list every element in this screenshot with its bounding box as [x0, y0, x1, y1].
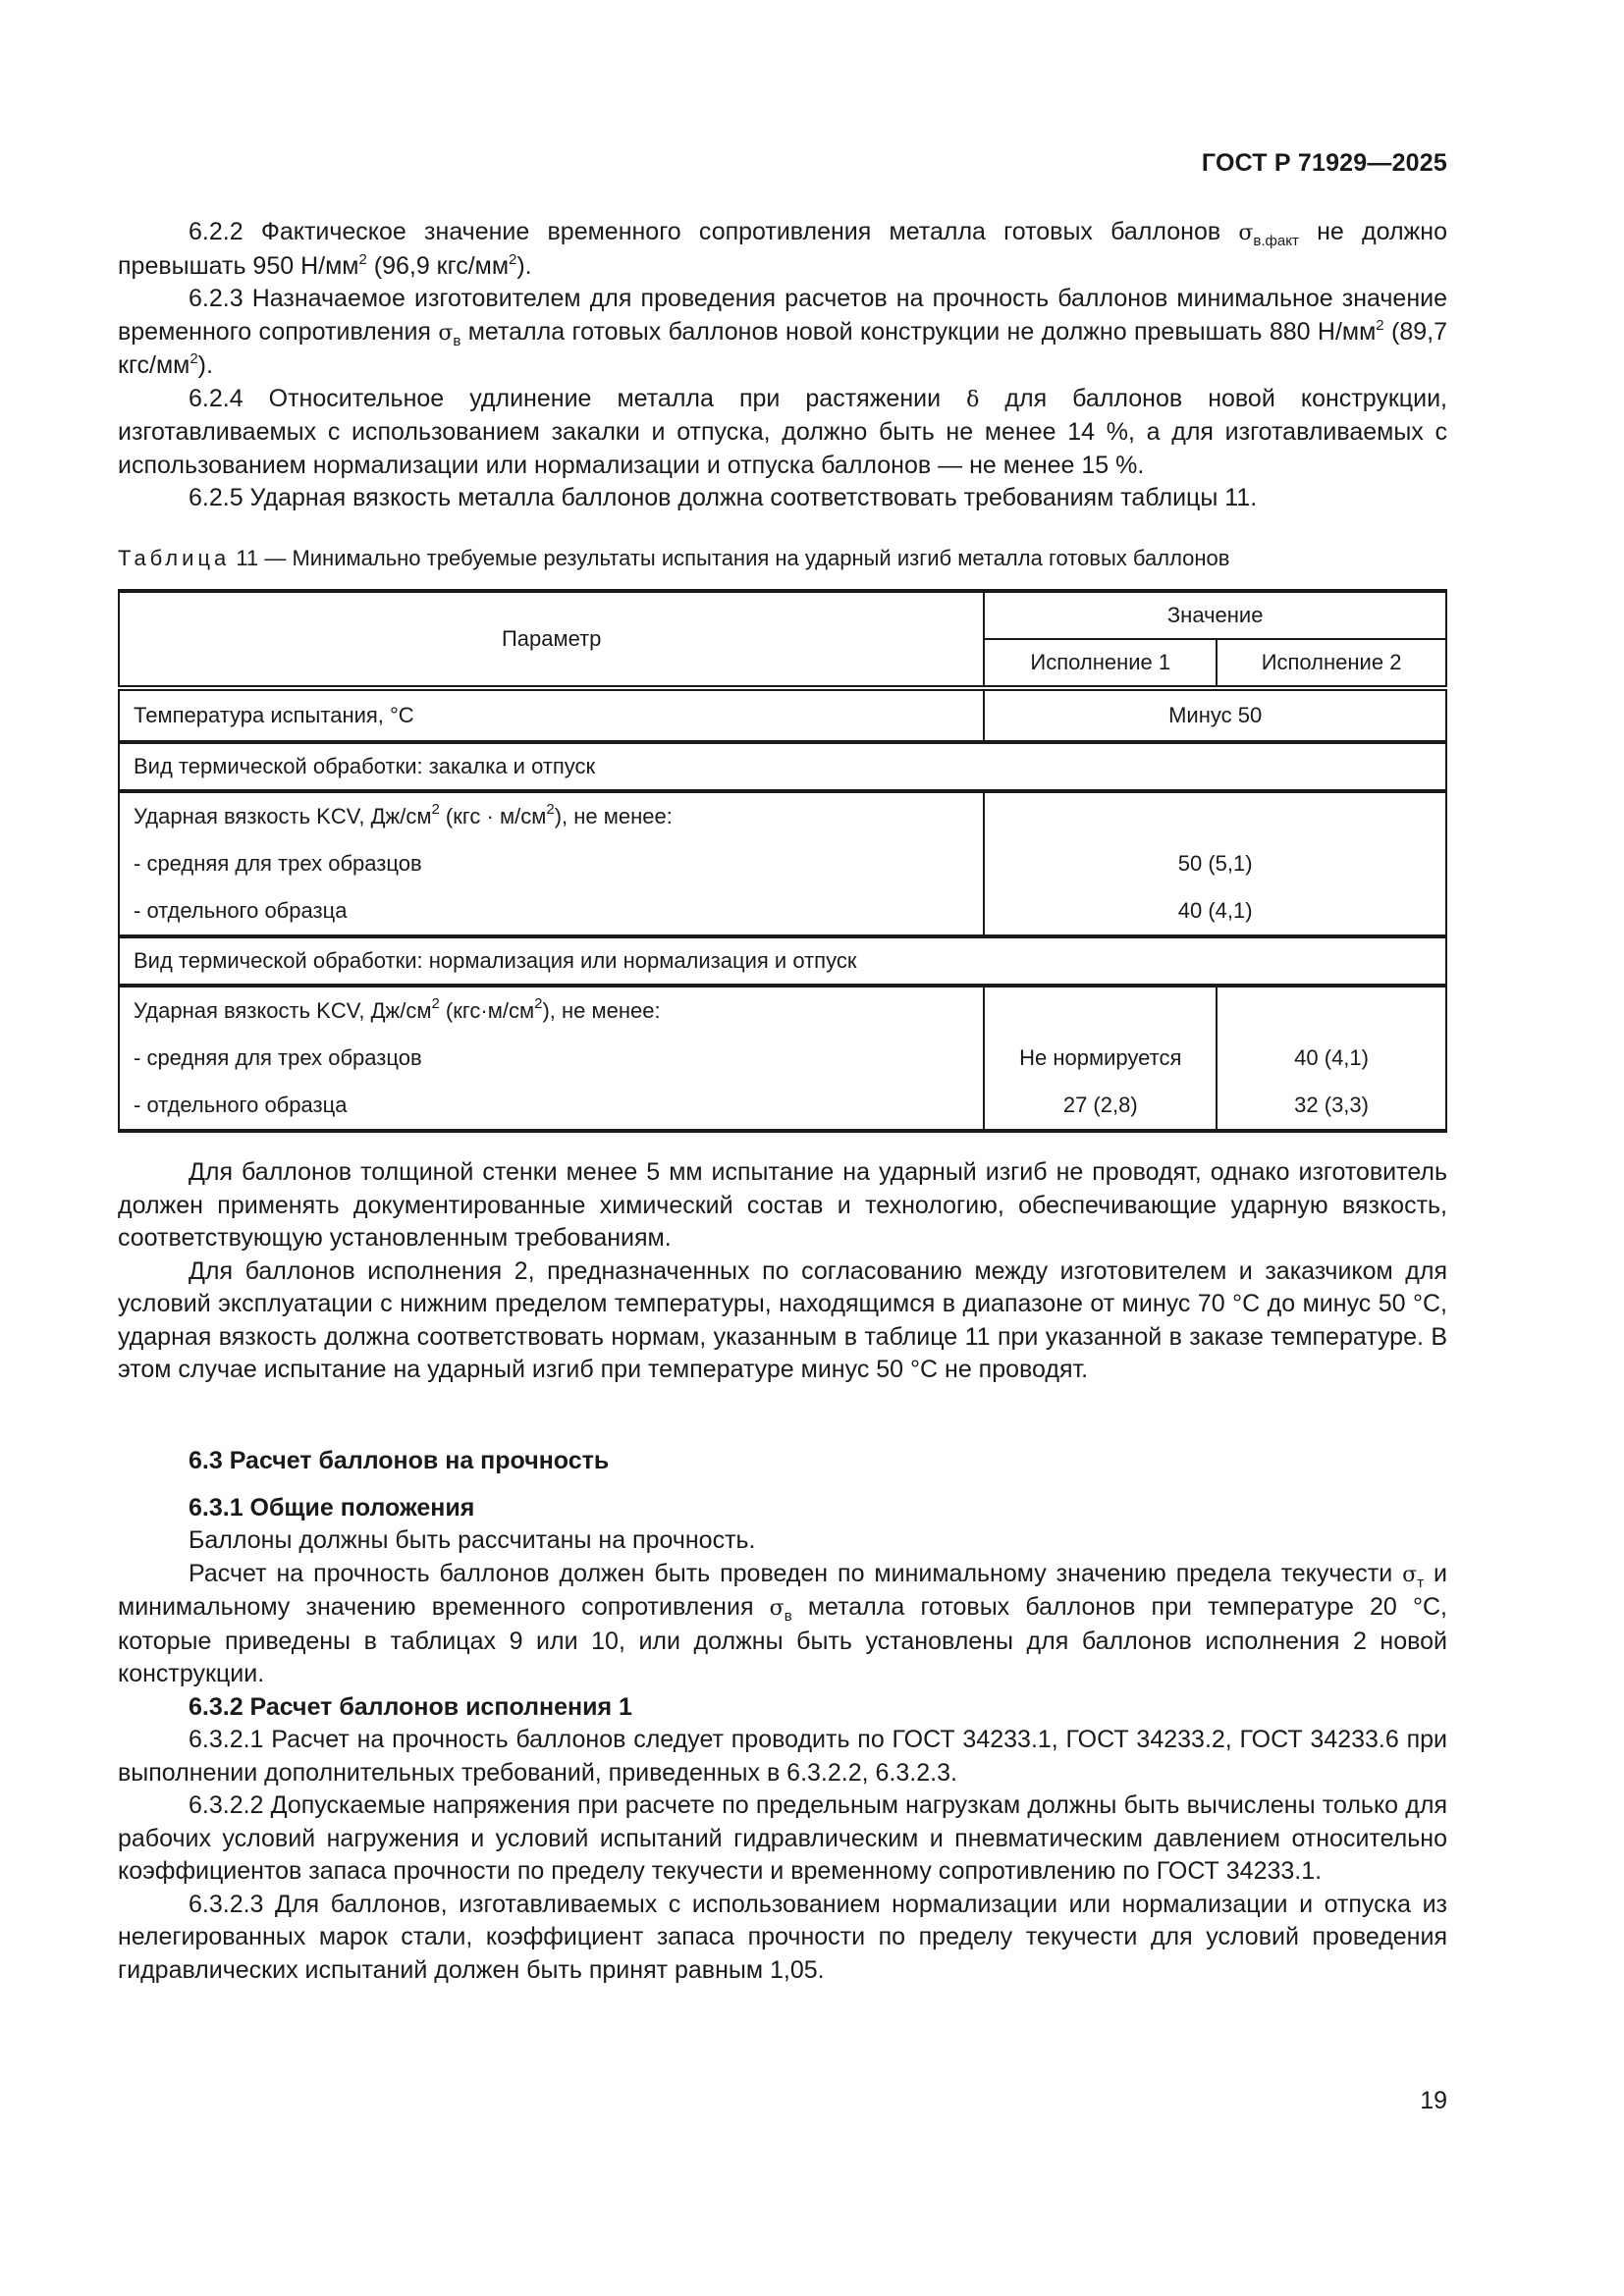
clause-6-3-1-p2: Расчет на прочность баллонов должен быть… [118, 1558, 1447, 1691]
section-6-3-1-title: 6.3.1 Общие положения [118, 1492, 1447, 1525]
avg2-exec1: Не нормируется [984, 1035, 1217, 1082]
note-execution-2: Для баллонов исполнения 2, предназначенн… [118, 1255, 1447, 1387]
avg1-value: 50 (5,1) [984, 840, 1446, 887]
clauses-6-2: 6.2.2 Фактическое значение временного со… [118, 216, 1447, 515]
table-row: Температура испытания, °С Минус 50 [119, 688, 1446, 742]
ind2-label: - отдельного образца [119, 1082, 984, 1131]
clause-6-2-2: 6.2.2 Фактическое значение временного со… [118, 216, 1447, 283]
ind1-label: - отдельного образца [119, 887, 984, 936]
table-header-row-1: Параметр Значение [119, 591, 1446, 639]
avg1-label: - средняя для трех образцов [119, 840, 984, 887]
heat-treatment-1: Вид термической обработки: закалка и отп… [119, 742, 1446, 791]
table-11-caption: Таблица 11 — Минимально требуемые резуль… [118, 546, 1229, 571]
clause-6-2-5: 6.2.5 Ударная вязкость металла баллонов … [118, 482, 1447, 515]
table-row: - отдельного образца 27 (2,8) 32 (3,3) [119, 1082, 1446, 1131]
ind2-exec2: 32 (3,3) [1217, 1082, 1446, 1131]
kcv1-label: Ударная вязкость KCV, Дж/см2 (кгс · м/см… [119, 791, 984, 840]
table-row: - средняя для трех образцов Не нормирует… [119, 1035, 1446, 1082]
table-row: Вид термической обработки: закалка и отп… [119, 742, 1446, 791]
kcv2-label: Ударная вязкость KCV, Дж/см2 (кгс·м/см2)… [119, 986, 984, 1035]
table-11: Параметр Значение Исполнение 1 Исполнени… [118, 589, 1447, 1133]
clause-6-3-1-p1: Баллоны должны быть рассчитаны на прочно… [118, 1524, 1447, 1558]
ind1-value: 40 (4,1) [984, 887, 1446, 936]
table-row: - отдельного образца 40 (4,1) [119, 887, 1446, 936]
clause-6-3-2-1: 6.3.2.1 Расчет на прочность баллонов сле… [118, 1724, 1447, 1789]
document-page: ГОСТ Р 71929—2025 6.2.2 Фактическое знач… [0, 0, 1624, 2296]
ind2-exec1: 27 (2,8) [984, 1082, 1217, 1131]
section-6-3-2-title: 6.3.2 Расчет баллонов исполнения 1 [118, 1691, 1447, 1725]
table-row: - средняя для трех образцов 50 (5,1) [119, 840, 1446, 887]
clause-6-3-2-3: 6.3.2.3 Для баллонов, изготавливаемых с … [118, 1889, 1447, 1988]
page-number: 19 [1420, 2087, 1447, 2115]
heat-treatment-2: Вид термической обработки: нормализация … [119, 936, 1446, 986]
document-code: ГОСТ Р 71929—2025 [1202, 149, 1447, 178]
notes-after-table: Для баллонов толщиной стенки менее 5 мм … [118, 1156, 1447, 1387]
header-exec2: Исполнение 2 [1217, 639, 1446, 688]
header-parameter: Параметр [119, 591, 984, 688]
header-exec1: Исполнение 1 [984, 639, 1217, 688]
section-6-3-title: 6.3 Расчет баллонов на прочность [118, 1445, 1447, 1478]
clause-6-2-4: 6.2.4 Относительное удлинение металла пр… [118, 383, 1447, 483]
temp-value: Минус 50 [984, 688, 1446, 742]
avg2-exec2: 40 (4,1) [1217, 1035, 1446, 1082]
clause-6-3-2-2: 6.3.2.2 Допускаемые напряжения при расче… [118, 1789, 1447, 1889]
table-row: Вид термической обработки: нормализация … [119, 936, 1446, 986]
table-row: Ударная вязкость KCV, Дж/см2 (кгс · м/см… [119, 791, 1446, 840]
temp-label: Температура испытания, °С [119, 688, 984, 742]
header-value: Значение [984, 591, 1446, 639]
avg2-label: - средняя для трех образцов [119, 1035, 984, 1082]
table-row: Ударная вязкость KCV, Дж/см2 (кгс·м/см2)… [119, 986, 1446, 1035]
note-thin-wall: Для баллонов толщиной стенки менее 5 мм … [118, 1156, 1447, 1255]
clause-6-2-3: 6.2.3 Назначаемое изготовителем для пров… [118, 283, 1447, 383]
section-6-3: 6.3 Расчет баллонов на прочность 6.3.1 О… [118, 1445, 1447, 1987]
